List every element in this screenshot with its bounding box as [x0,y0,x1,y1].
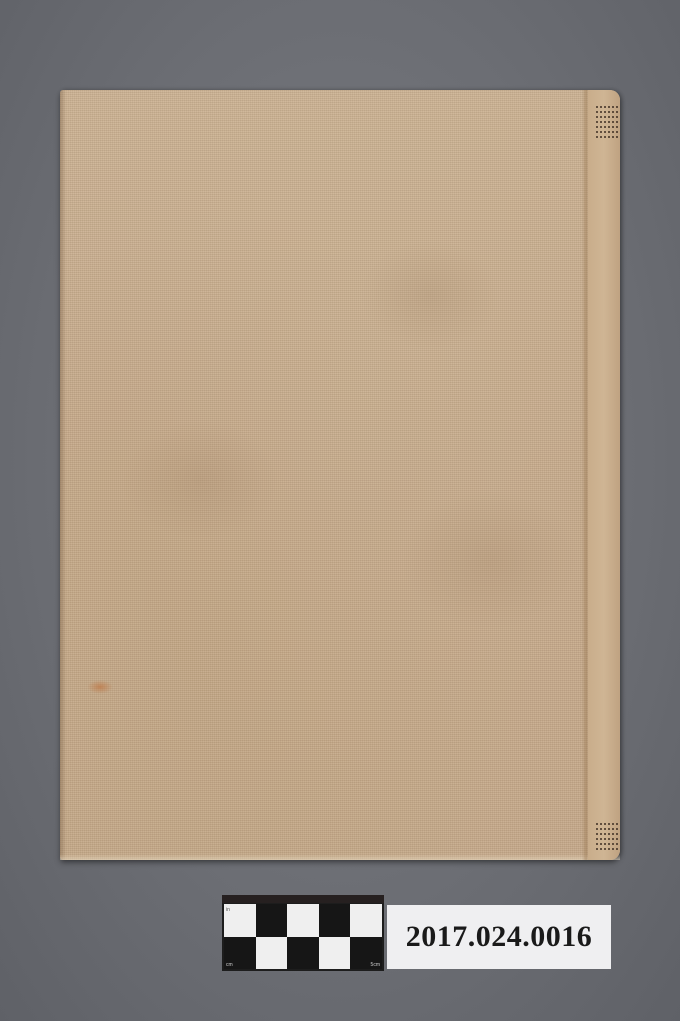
scale-cell-white [287,904,319,937]
catalog-label: in cm 5cm 2017.024.0016 [222,895,614,971]
cover-discoloration [400,490,580,630]
scale-cell-black [287,937,319,970]
book-back-cover [60,90,620,860]
book-spine [588,90,620,860]
scale-cell-black [256,904,288,937]
spine-ornament-bottom-icon [596,820,618,850]
scale-cell-white [256,937,288,970]
accession-number: 2017.024.0016 [387,905,611,969]
cover-left-edge [60,90,66,860]
cover-discoloration [120,420,280,540]
cover-discoloration [360,240,500,350]
stain-mark [87,680,113,694]
spine-ornament-top-icon [596,104,618,138]
scale-cell-white [350,904,382,937]
checkerboard-scale [224,904,382,969]
scale-mark-5cm: 5cm [371,962,380,968]
scale-top-bar [222,895,384,903]
scale-cell-black [319,904,351,937]
cover-bottom-edge [60,854,620,860]
scale-cell-white [319,937,351,970]
scale-mark-in: in [226,907,230,913]
color-scale-card: in cm 5cm [222,895,384,971]
scale-mark-cm: cm [226,962,233,968]
